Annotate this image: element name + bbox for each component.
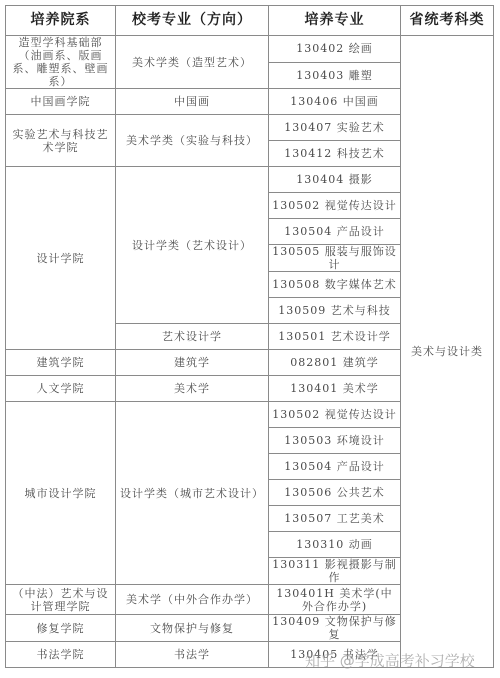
exam-major-cell: 书法学 [116, 642, 269, 668]
department-cell: 书法学院 [6, 642, 116, 668]
department-cell: 造型学科基础部（油画系、版画系、雕塑系、壁画系） [6, 36, 116, 89]
header-major: 培养专业 [269, 6, 401, 36]
exam-major-cell: 艺术设计学 [116, 324, 269, 350]
department-cell: 中国画学院 [6, 89, 116, 115]
department-cell: （中法）艺术与设计管理学院 [6, 585, 116, 615]
table-row: 造型学科基础部（油画系、版画系、雕塑系、壁画系） 美术学类（造型艺术） 1304… [6, 36, 494, 63]
major-cell: 130310 动画 [269, 532, 401, 558]
major-cell: 130503 环境设计 [269, 428, 401, 454]
exam-major-cell: 中国画 [116, 89, 269, 115]
exam-major-cell: 文物保护与修复 [116, 615, 269, 642]
major-cell: 130311 影视摄影与制作 [269, 558, 401, 585]
majors-table: 培养院系 校考专业（方向） 培养专业 省统考科类 造型学科基础部（油画系、版画系… [5, 5, 494, 668]
exam-major-cell: 建筑学 [116, 350, 269, 376]
province-category-cell: 美术与设计类 [401, 36, 494, 668]
exam-major-cell: 美术学 [116, 376, 269, 402]
header-exam-major: 校考专业（方向） [116, 6, 269, 36]
exam-major-cell: 美术学类（实验与科技） [116, 115, 269, 167]
major-cell: 130509 艺术与科技 [269, 298, 401, 324]
exam-major-cell: 设计学类（艺术设计） [116, 167, 269, 324]
major-cell: 130502 视觉传达设计 [269, 402, 401, 428]
major-cell: 082801 建筑学 [269, 350, 401, 376]
major-cell: 130405 书法学 [269, 642, 401, 668]
header-row: 培养院系 校考专业（方向） 培养专业 省统考科类 [6, 6, 494, 36]
exam-major-cell: 设计学类（城市艺术设计） [116, 402, 269, 585]
major-cell: 130505 服装与服饰设计 [269, 245, 401, 272]
header-province-category: 省统考科类 [401, 6, 494, 36]
department-cell: 人文学院 [6, 376, 116, 402]
major-cell: 130401 美术学 [269, 376, 401, 402]
department-cell: 城市设计学院 [6, 402, 116, 585]
major-cell: 130502 视觉传达设计 [269, 193, 401, 219]
major-cell: 130412 科技艺术 [269, 141, 401, 167]
major-cell: 130508 数字媒体艺术 [269, 272, 401, 298]
major-cell: 130506 公共艺术 [269, 480, 401, 506]
major-cell: 130407 实验艺术 [269, 115, 401, 141]
department-cell: 实验艺术与科技艺术学院 [6, 115, 116, 167]
major-cell: 130507 工艺美术 [269, 506, 401, 532]
major-cell: 130403 雕塑 [269, 62, 401, 89]
major-cell: 130501 艺术设计学 [269, 324, 401, 350]
major-cell: 130409 文物保护与修复 [269, 615, 401, 642]
major-cell: 130404 摄影 [269, 167, 401, 193]
major-cell: 130402 绘画 [269, 36, 401, 63]
department-cell: 修复学院 [6, 615, 116, 642]
department-cell: 设计学院 [6, 167, 116, 350]
header-department: 培养院系 [6, 6, 116, 36]
exam-major-cell: 美术学（中外合作办学） [116, 585, 269, 615]
major-cell: 130504 产品设计 [269, 219, 401, 245]
major-cell: 130504 产品设计 [269, 454, 401, 480]
major-cell: 130401H 美术学(中外合作办学) [269, 585, 401, 615]
exam-major-cell: 美术学类（造型艺术） [116, 36, 269, 89]
department-cell: 建筑学院 [6, 350, 116, 376]
major-cell: 130406 中国画 [269, 89, 401, 115]
